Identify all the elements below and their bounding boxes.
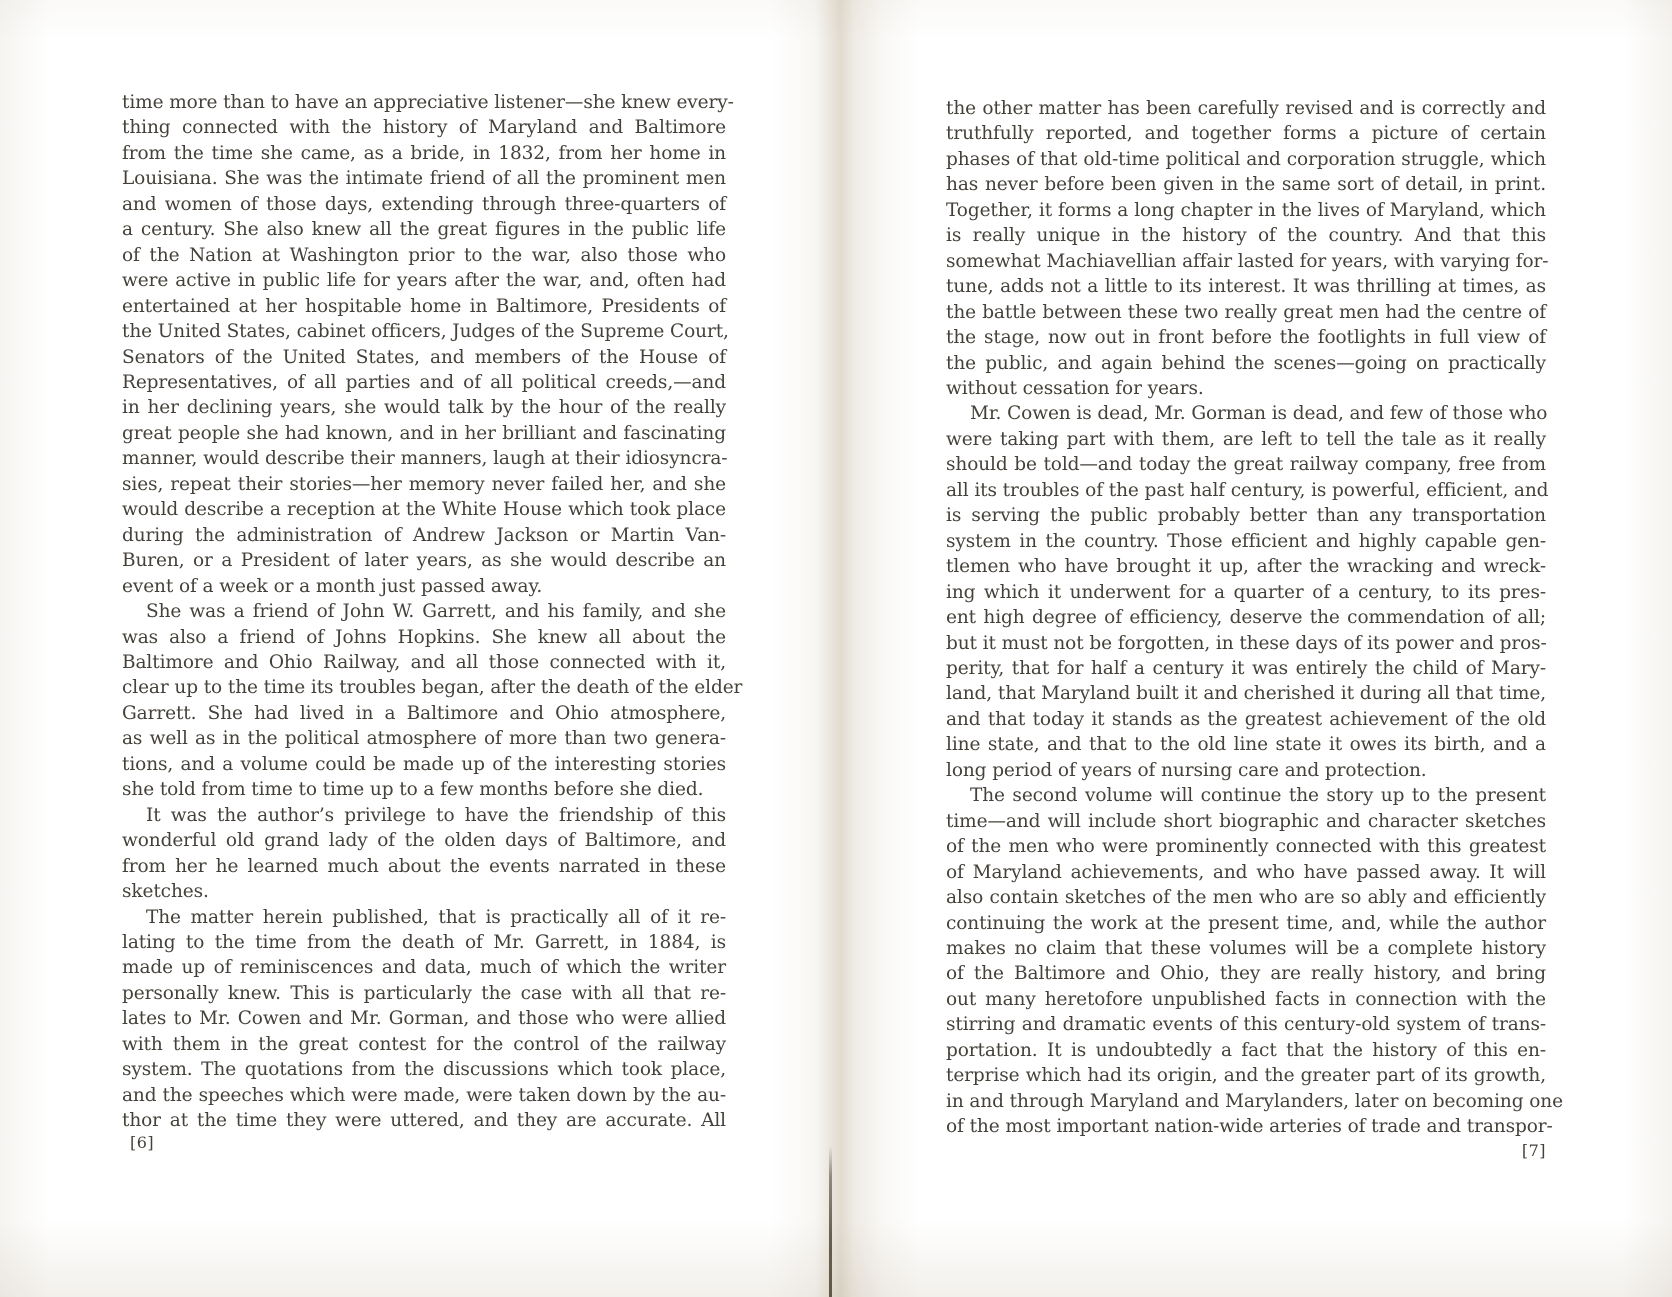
text-line: makes no claim that these volumes will b… — [946, 936, 1546, 961]
text-line: time more than to have an appreciative l… — [122, 90, 726, 115]
text-line: the other matter has been carefully revi… — [946, 96, 1546, 121]
text-line: the public, and again behind the scenes—… — [946, 351, 1546, 376]
text-line: personally knew. This is particularly th… — [122, 981, 726, 1006]
text-line: ing which it underwent for a quarter of … — [946, 580, 1546, 605]
text-line: she told from time to time up to a few m… — [122, 777, 726, 802]
text-line: of the Nation at Washington prior to the… — [122, 243, 726, 268]
text-line: land, that Maryland built it and cherish… — [946, 681, 1546, 706]
text-line: also contain sketches of the men who are… — [946, 885, 1546, 910]
text-line: tune, adds not a little to its interest.… — [946, 274, 1546, 299]
text-line: sies, repeat their stories—her memory ne… — [122, 472, 726, 497]
text-line: the battle between these two really grea… — [946, 300, 1546, 325]
text-line: Baltimore and Ohio Railway, and all thos… — [122, 650, 726, 675]
page-right-text: the other matter has been carefully revi… — [946, 96, 1546, 1140]
text-line: The matter herein published, that is pra… — [122, 905, 726, 930]
text-line: from her he learned much about the event… — [122, 854, 726, 879]
text-line: long period of years of nursing care and… — [946, 758, 1546, 783]
text-line: tions, and a volume could be made up of … — [122, 752, 726, 777]
page-left-text: time more than to have an appreciative l… — [122, 90, 726, 1134]
text-line: has never before been given in the same … — [946, 172, 1546, 197]
text-line: Buren, or a President of later years, as… — [122, 548, 726, 573]
text-line: wonderful old grand lady of the olden da… — [122, 828, 726, 853]
text-line: would describe a reception at the White … — [122, 497, 726, 522]
text-line: terprise which had its origin, and the g… — [946, 1063, 1546, 1088]
text-line: in and through Maryland and Marylanders,… — [946, 1089, 1546, 1114]
text-line: It was the author’s privilege to have th… — [122, 803, 726, 828]
text-line: Mr. Cowen is dead, Mr. Gorman is dead, a… — [946, 401, 1546, 426]
text-line: phases of that old-time political and co… — [946, 147, 1546, 172]
text-line: of Maryland achievements, and who have p… — [946, 860, 1546, 885]
text-line: system. The quotations from the discussi… — [122, 1057, 726, 1082]
text-line: sketches. — [122, 879, 726, 904]
text-line: and the speeches which were made, were t… — [122, 1083, 726, 1108]
text-line: Representatives, of all parties and of a… — [122, 370, 726, 395]
text-line: Garrett. She had lived in a Baltimore an… — [122, 701, 726, 726]
text-line: truthfully reported, and together forms … — [946, 121, 1546, 146]
page-number-right: [7] — [946, 1141, 1546, 1160]
text-line: entertained at her hospitable home in Ba… — [122, 294, 726, 319]
text-line: and that today it stands as the greatest… — [946, 707, 1546, 732]
paragraph: The second volume will continue the stor… — [946, 783, 1546, 1139]
text-line: continuing the work at the present time,… — [946, 911, 1546, 936]
text-line: portation. It is undoubtedly a fact that… — [946, 1038, 1546, 1063]
text-line: stirring and dramatic events of this cen… — [946, 1012, 1546, 1037]
text-line: somewhat Machiavellian affair lasted for… — [946, 249, 1546, 274]
text-line: lating to the time from the death of Mr.… — [122, 930, 726, 955]
text-line: manner, would describe their manners, la… — [122, 446, 726, 471]
paragraph: She was a friend of John W. Garrett, and… — [122, 599, 726, 803]
text-line: Louisiana. She was the intimate friend o… — [122, 166, 726, 191]
text-line: Senators of the United States, and membe… — [122, 345, 726, 370]
paragraph: the other matter has been carefully revi… — [946, 96, 1546, 401]
text-line: ent high degree of efficiency, deserve t… — [946, 605, 1546, 630]
text-line: a century. She also knew all the great f… — [122, 217, 726, 242]
text-line: and women of those days, extending throu… — [122, 192, 726, 217]
text-line: perity, that for half a century it was e… — [946, 656, 1546, 681]
text-line: of the Baltimore and Ohio, they are real… — [946, 961, 1546, 986]
text-line: the stage, now out in front before the f… — [946, 325, 1546, 350]
book-spread: time more than to have an appreciative l… — [0, 0, 1672, 1297]
page-number-left: [6] — [130, 1133, 154, 1152]
text-line: system in the country. Those efficient a… — [946, 529, 1546, 554]
text-line: during the administration of Andrew Jack… — [122, 523, 726, 548]
text-line: is serving the public probably better th… — [946, 503, 1546, 528]
paragraph: Mr. Cowen is dead, Mr. Gorman is dead, a… — [946, 401, 1546, 783]
text-line: event of a week or a month just passed a… — [122, 574, 726, 599]
gutter-crease-line — [829, 1146, 832, 1297]
text-line: of the men who were prominently connecte… — [946, 834, 1546, 859]
text-line: lates to Mr. Cowen and Mr. Gorman, and t… — [122, 1006, 726, 1031]
text-line: were active in public life for years aft… — [122, 268, 726, 293]
text-line: with them in the great contest for the c… — [122, 1032, 726, 1057]
text-line: in her declining years, she would talk b… — [122, 395, 726, 420]
text-line: out many heretofore unpublished facts in… — [946, 987, 1546, 1012]
text-line: were taking part with them, are left to … — [946, 427, 1546, 452]
text-line: without cessation for years. — [946, 376, 1546, 401]
text-line: tlemen who have brought it up, after the… — [946, 554, 1546, 579]
text-line: as well as in the political atmosphere o… — [122, 726, 726, 751]
text-line: She was a friend of John W. Garrett, and… — [122, 599, 726, 624]
paragraph: The matter herein published, that is pra… — [122, 905, 726, 1134]
text-line: was also a friend of Johns Hopkins. She … — [122, 625, 726, 650]
text-line: thor at the time they were uttered, and … — [122, 1108, 726, 1133]
text-line: from the time she came, as a bride, in 1… — [122, 141, 726, 166]
text-line: all its troubles of the past half centur… — [946, 478, 1546, 503]
text-line: The second volume will continue the stor… — [946, 783, 1546, 808]
text-line: should be told—and today the great railw… — [946, 452, 1546, 477]
text-line: made up of reminiscences and data, much … — [122, 955, 726, 980]
text-line: line state, and that to the old line sta… — [946, 732, 1546, 757]
text-line: clear up to the time its troubles began,… — [122, 675, 726, 700]
text-line: is really unique in the history of the c… — [946, 223, 1546, 248]
text-line: of the most important nation-wide arteri… — [946, 1114, 1546, 1139]
paragraph: It was the author’s privilege to have th… — [122, 803, 726, 905]
paragraph: time more than to have an appreciative l… — [122, 90, 726, 599]
text-line: the United States, cabinet officers, Jud… — [122, 319, 726, 344]
gutter-shadow — [770, 0, 920, 1297]
text-line: great people she had known, and in her b… — [122, 421, 726, 446]
text-line: Together, it forms a long chapter in the… — [946, 198, 1546, 223]
text-line: but it must not be forgotten, in these d… — [946, 631, 1546, 656]
text-line: thing connected with the history of Mary… — [122, 115, 726, 140]
text-line: time—and will include short biographic a… — [946, 809, 1546, 834]
